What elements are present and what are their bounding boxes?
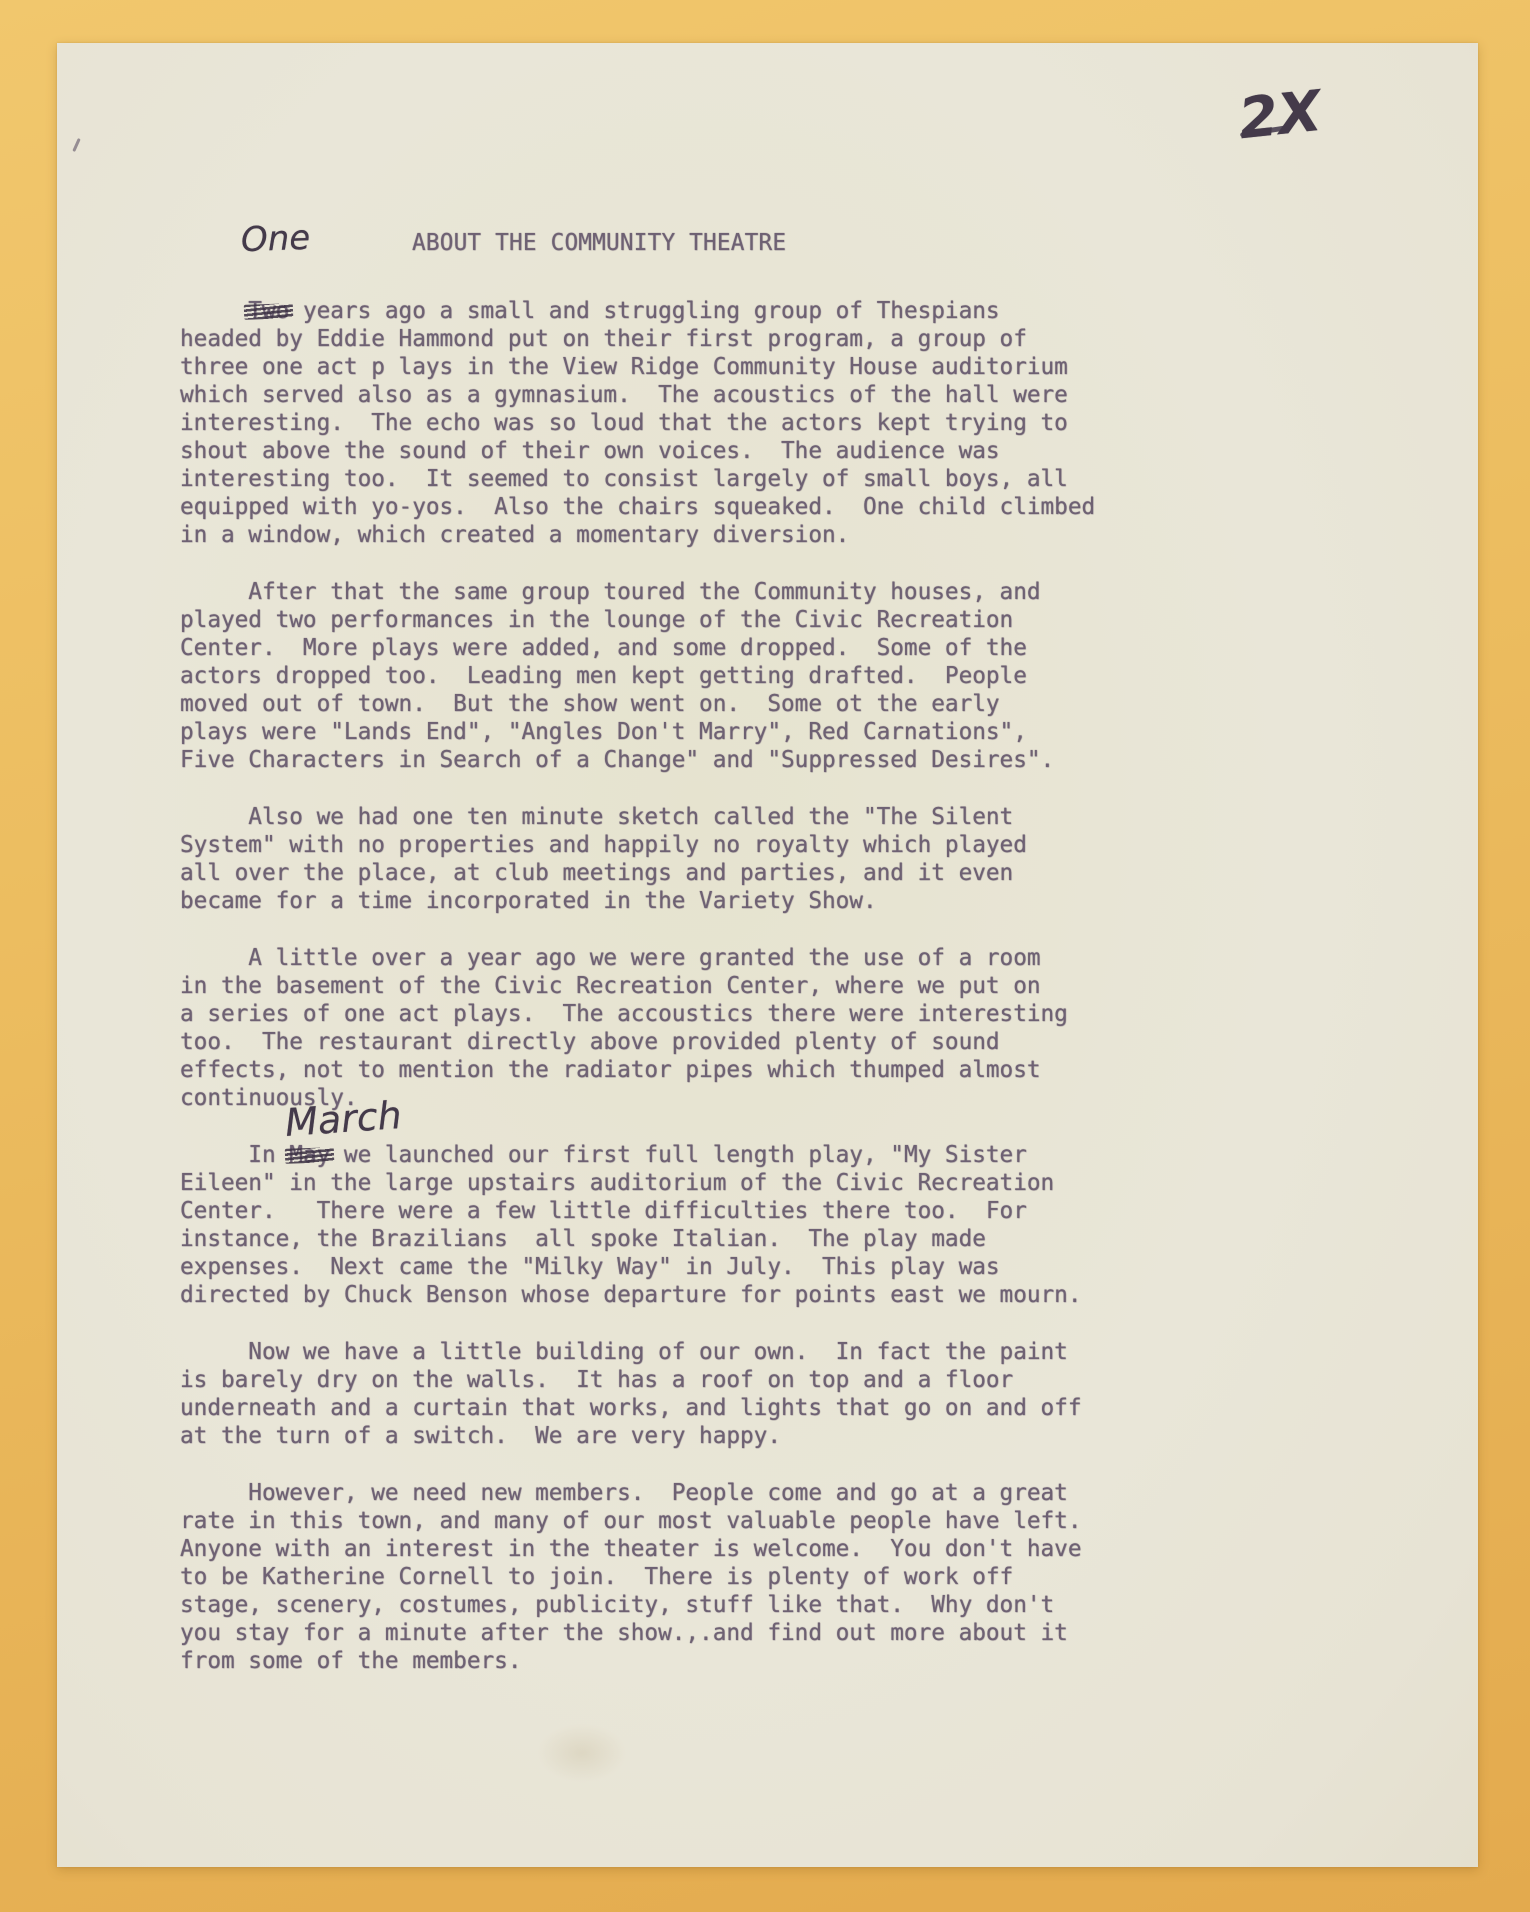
paragraph-4: A little over a year ago we were granted…: [180, 944, 1145, 1112]
document-page: 2X ABOUT THE COMMUNITY THEATRE One March…: [57, 43, 1478, 1867]
paragraph-3-text: Also we had one ten minute sketch called…: [180, 804, 1027, 914]
stray-pen-mark: [72, 138, 80, 152]
paragraph-7-text: However, we need new members. People com…: [180, 1480, 1082, 1674]
paragraph-1-indent: [180, 298, 248, 324]
paragraph-7: However, we need new members. People com…: [180, 1479, 1145, 1675]
paragraph-6-text: Now we have a little building of our own…: [180, 1339, 1082, 1449]
struck-word-two: Two: [248, 297, 289, 325]
handwritten-mark-2x: 2X: [1236, 79, 1324, 152]
photo-background-mat: 2X ABOUT THE COMMUNITY THEATRE One March…: [0, 0, 1530, 1912]
paragraph-1: Two years ago a small and struggling gro…: [180, 297, 1145, 549]
struck-word-may: May: [289, 1141, 330, 1169]
paragraph-1-text: years ago a small and struggling group o…: [180, 298, 1095, 548]
paper-smudge: [537, 1723, 627, 1783]
document-body: Two years ago a small and struggling gro…: [180, 297, 1145, 1704]
paragraph-2: After that the same group toured the Com…: [180, 578, 1145, 774]
paragraph-2-text: After that the same group toured the Com…: [180, 579, 1054, 773]
paragraph-5: In May we launched our first full length…: [180, 1141, 1145, 1309]
document-title: ABOUT THE COMMUNITY THEATRE: [412, 229, 786, 257]
paragraph-3: Also we had one ten minute sketch called…: [180, 803, 1145, 915]
paragraph-6: Now we have a little building of our own…: [180, 1338, 1145, 1450]
handwritten-insert-one: One: [240, 218, 311, 260]
paragraph-4-text: A little over a year ago we were granted…: [180, 945, 1068, 1111]
paragraph-5-lead: In: [180, 1142, 289, 1168]
